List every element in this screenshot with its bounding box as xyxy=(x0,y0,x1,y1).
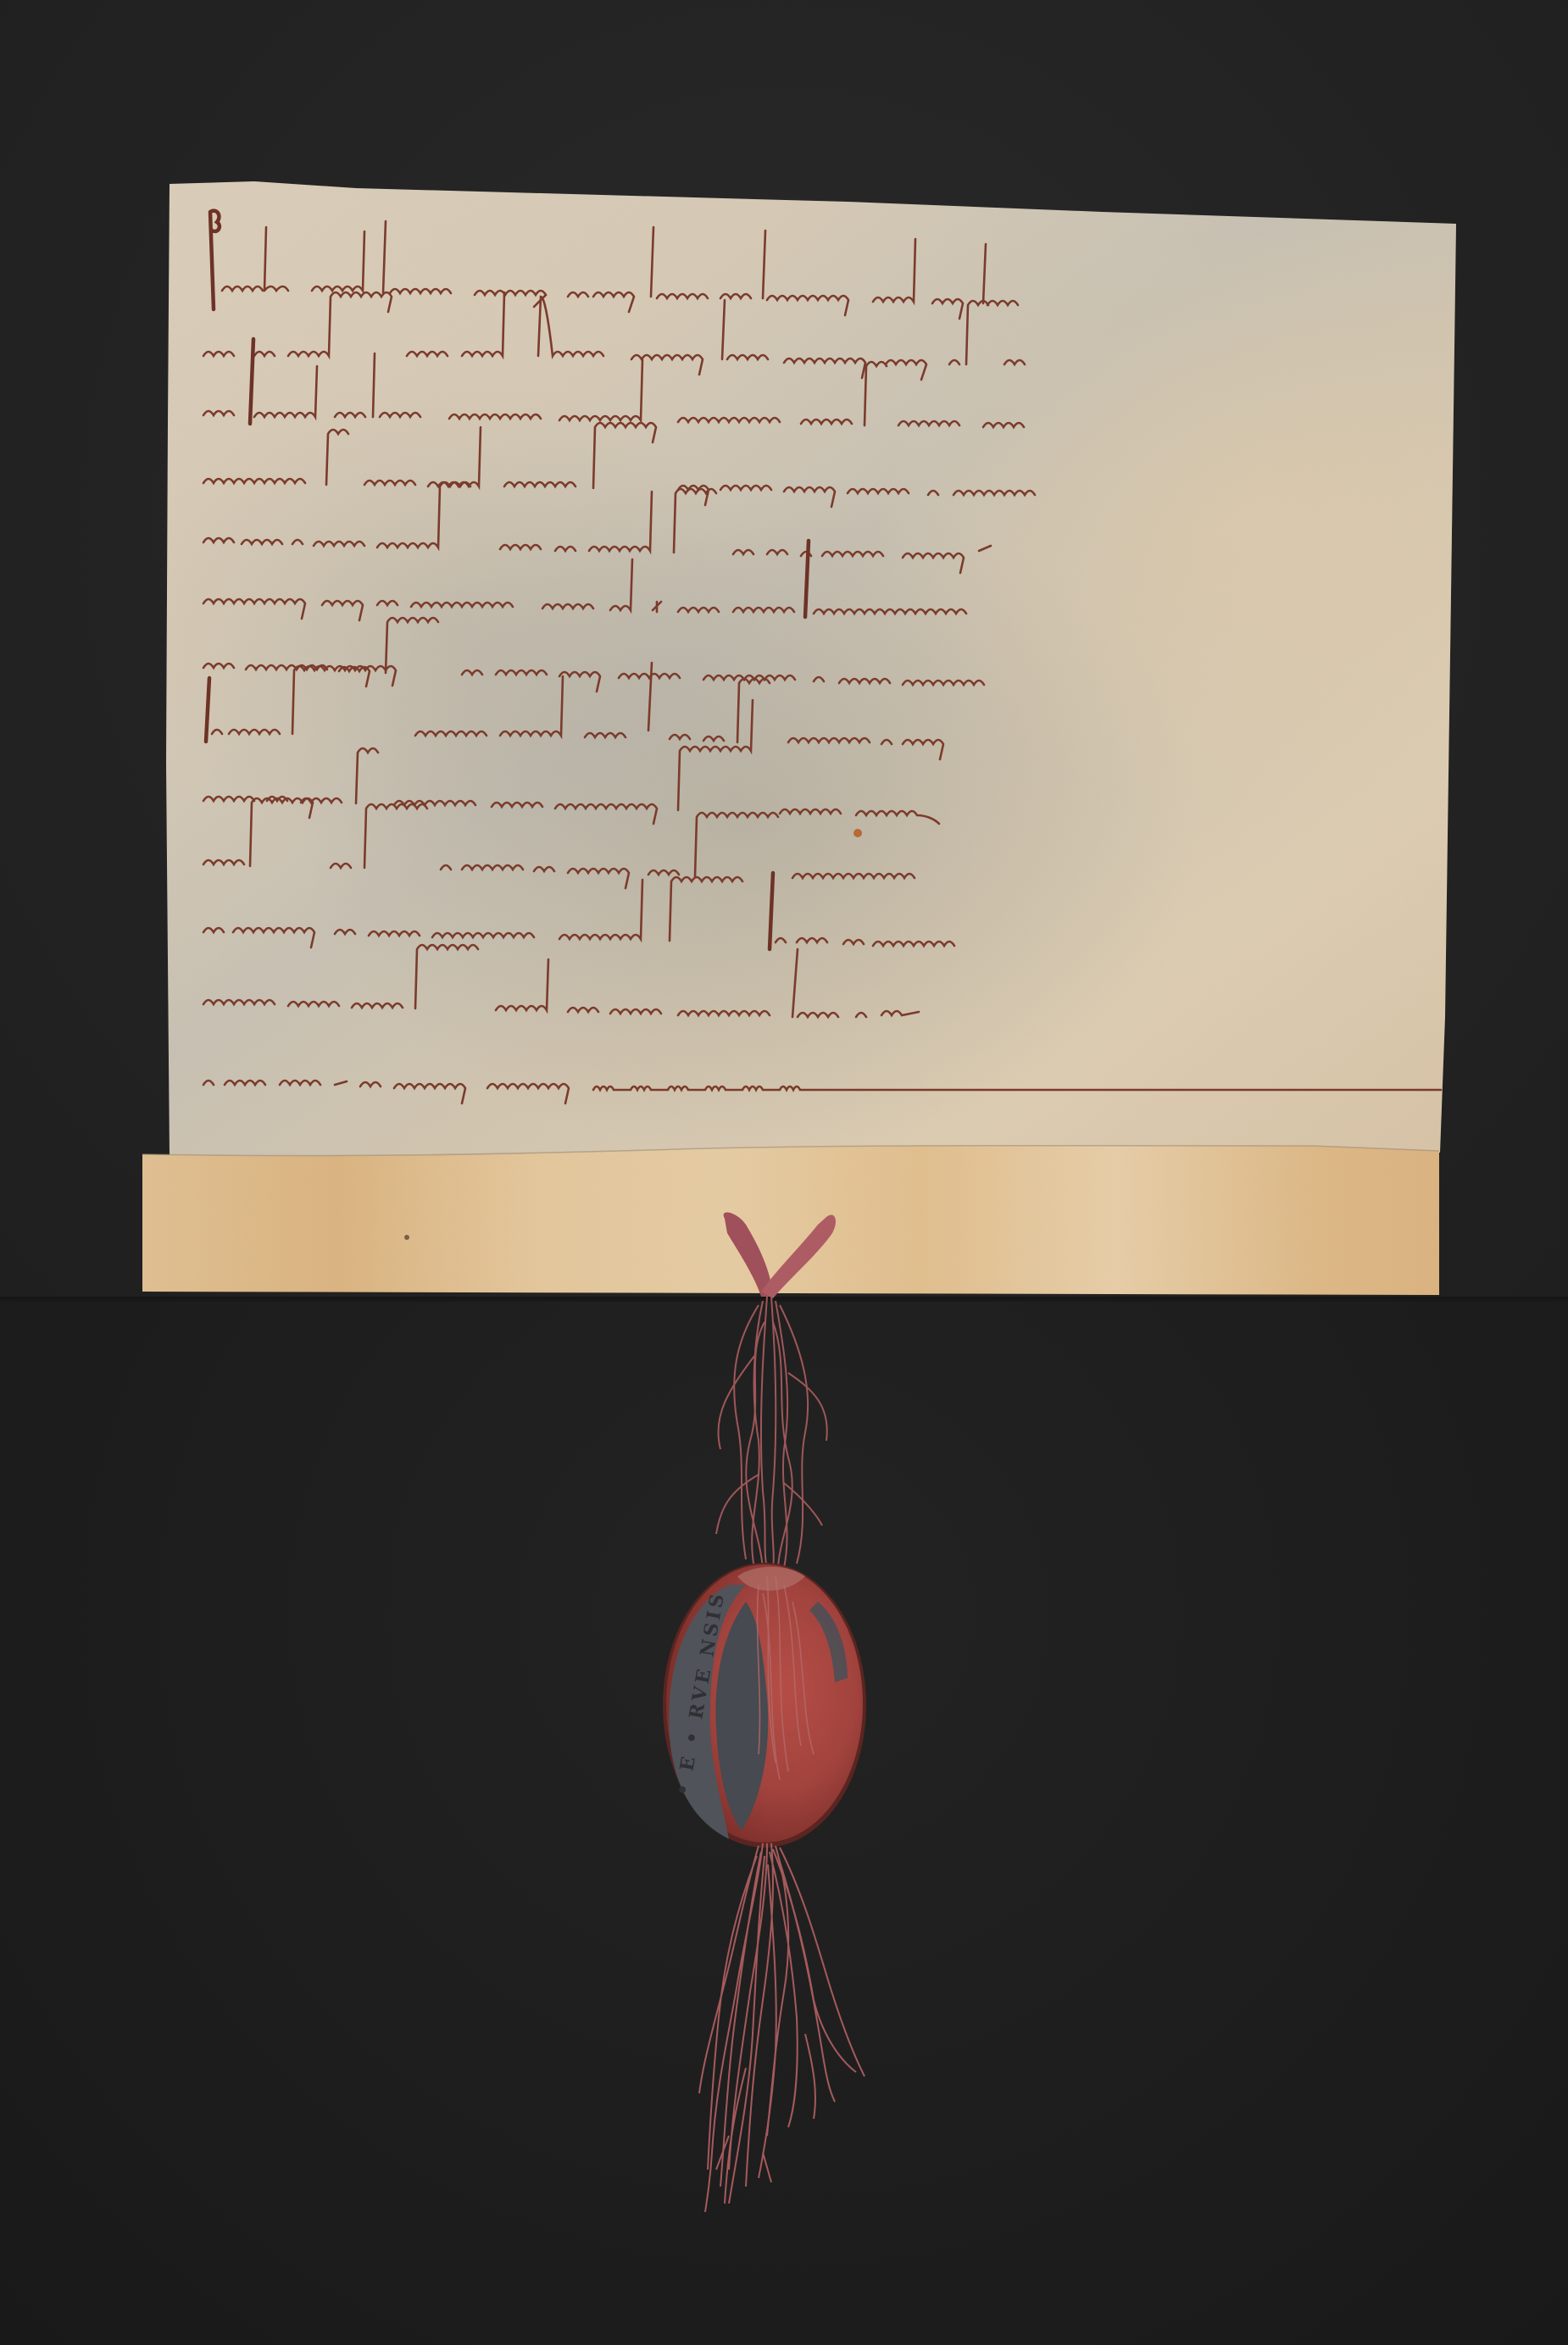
ink-blot xyxy=(854,829,862,837)
seal-tassel xyxy=(699,1843,865,2212)
charter-scene: • E • RVE NSIS xyxy=(0,0,1568,2345)
parchment xyxy=(142,181,1456,1295)
wax-seal: • E • RVE NSIS xyxy=(663,1563,866,1848)
